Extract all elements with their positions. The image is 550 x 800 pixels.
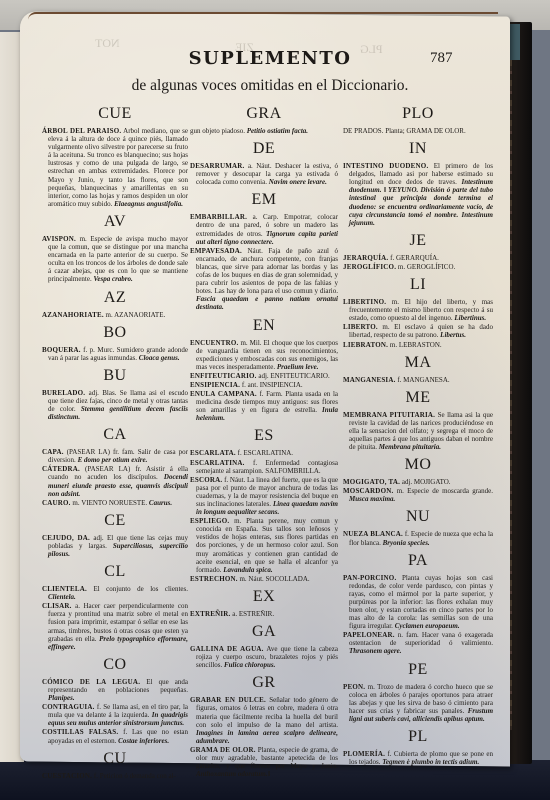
dictionary-entry: MEMBRANA PITUITARIA. Se llama asi la que… [343, 411, 493, 451]
entry-headword: MOGIGATO, TA. [343, 478, 400, 486]
entry-headword: INTESTINO DUODENO. [343, 162, 428, 170]
dictionary-entry: PLOMERÍA. f. Cubierta de plomo que se po… [343, 750, 493, 766]
entry-headword: PEON. [343, 683, 365, 691]
entry-headword: EMBARBILLAR. [190, 213, 247, 221]
entry-headword: JERARQUÍA. [343, 254, 388, 262]
entry-definition: Náut. Faja de paño azul ó encarnado, de … [196, 247, 338, 295]
entry-latin-equivalent: Libertinus. [454, 314, 486, 322]
entry-headword: ESPLIEGO. [190, 517, 229, 525]
dictionary-entry: ESCARLATA. f. ESCARLATINA. [190, 449, 338, 457]
entry-headword: EXTREÑIR. [190, 610, 231, 618]
dictionary-entry: ENSIPIENCIA. f. ant. INSIPIENCIA. [190, 381, 338, 389]
dictionary-entry: CLIENTELA. El conjunto de los clientes. … [42, 585, 188, 601]
dictionary-entry: AZANAHORIATE. m. AZANAORIATE. [42, 311, 188, 319]
column-2: GRA gun objeto piadoso. Petitio ostiatim… [190, 100, 338, 779]
dictionary-entry: JEROGLÍFICO. m. GEROGLÍFICO. [343, 263, 493, 271]
dictionary-entry: EMPAVESADA. Náut. Faja de paño azul ó en… [190, 247, 338, 312]
section-heading: LI [343, 277, 493, 293]
dictionary-entry: CÓMICO DE LA LEGUA. El que anda represen… [42, 678, 188, 702]
entry-latin-equivalent: Costae inferiores. [118, 737, 169, 745]
entry-headword: CAURO. [42, 499, 71, 507]
dictionary-entry: ESCARLATINA. f. Enfermedad contagiosa se… [190, 459, 338, 475]
section-heading: NU [343, 509, 493, 525]
entry-latin-equivalent: Lavandula spica. [223, 566, 272, 574]
entry-headword: CEJUDO, DA. [42, 534, 90, 542]
dictionary-entry: GALLINA DE AGUA. Ave que tiene la cabeza… [190, 645, 338, 669]
section-heading: EX [190, 589, 338, 605]
section-heading: CE [42, 513, 188, 529]
section-heading: ME [343, 390, 493, 406]
entry-headword: LIBERTO. [343, 323, 378, 331]
entry-headword: BURELADO. [42, 389, 85, 397]
section-heading: BU [42, 368, 188, 384]
entry-headword: ENFITEUTICARIO. [190, 372, 257, 380]
section-heading: IN [343, 141, 493, 157]
entry-headword: ESTRECHON. [190, 575, 238, 583]
section-heading: CA [42, 427, 188, 443]
dictionary-entry: GRAMA DE OLOR. Planta, especie de grama,… [190, 746, 338, 778]
dictionary-entry: BOQUERA. f. p. Murc. Sumidero grande ado… [42, 346, 188, 362]
entry-latin-equivalent: Cyclamen europaeum. [395, 622, 460, 630]
dictionary-entry: JERARQUÍA. f. GERARQUÍA. [343, 254, 493, 262]
entry-headword: PAPELONEAR. [343, 631, 395, 639]
dictionary-entry: MANGANESIA. f. MANGANESA. [343, 376, 493, 384]
dictionary-entry: MOGIGATO, TA. adj. MOJIGATO. [343, 478, 493, 486]
dictionary-entry: ENCUENTRO. m. Mil. El choque que los cue… [190, 339, 338, 371]
dictionary-entry: DE PRADOS. Planta; GRAMA DE OLOR. [343, 127, 493, 135]
section-heading: EN [190, 318, 338, 334]
entry-definition: gun objeto piadoso. [190, 127, 245, 135]
bleed-through-text: PLG [360, 42, 383, 57]
entry-latin-equivalent: E domo per otium exire. [78, 456, 148, 464]
section-heading: PLO [343, 106, 493, 122]
dictionary-entry: ESTRECHON. m. Náut. SOCOLLADA. [190, 575, 338, 583]
entry-latin-equivalent: Libertus. [440, 331, 466, 339]
entry-headword: CAPA. [42, 448, 64, 456]
entry-latin-equivalent: Clientela. [48, 593, 76, 601]
entry-latin-equivalent: Navim onere levare. [269, 178, 327, 186]
entry-headword: CÁTEDRA. [42, 465, 80, 473]
entry-latin-equivalent: Membrana pituitaria. [379, 443, 441, 451]
dictionary-entry: DESARRUMAR. a. Náut. Deshacer la estiva,… [190, 162, 338, 186]
section-heading: MA [343, 355, 493, 371]
page-subtitle: de algunas voces omitidas en el Dicciona… [100, 77, 440, 95]
entry-latin-equivalent: Petitio ostiatim facta. [247, 127, 308, 135]
dictionary-entry: ENFITEUTICARIO. adj. ENFITEUTICARIO. [190, 372, 338, 380]
entry-headword: CÓMICO DE LA LEGUA. [42, 678, 140, 686]
section-heading: GR [190, 675, 338, 691]
entry-headword: CLIENTELA. [42, 585, 87, 593]
dictionary-entry: BURELADO. adj. Blas. Se llama asi el esc… [42, 389, 188, 421]
entry-latin-equivalent: Cloaca genus. [139, 354, 180, 362]
section-heading: GA [190, 624, 338, 640]
dictionary-entry: ESPLIEGO. m. Planta perene, muy comun y … [190, 517, 338, 574]
dictionary-entry: INTESTINO DUODENO. El primero de los del… [343, 162, 493, 227]
entry-headword: AZANAHORIATE. [42, 311, 104, 319]
entry-latin-equivalent: Musca maxima. [349, 495, 395, 503]
dictionary-entry: CAURO. m. VIENTO NORUESTE. Caurus. [42, 499, 188, 507]
entry-headword: ESCORA. [190, 476, 222, 484]
section-heading: PA [343, 553, 493, 569]
entry-headword: NUEZA BLANCA. [343, 530, 403, 538]
entry-definition: m. LEBRASTON. [390, 341, 442, 349]
entry-latin-equivalent: Tegmen è plumbo in tectis adium. [382, 758, 479, 766]
column-3: PLO DE PRADOS. Planta; GRAMA DE OLOR. IN… [343, 100, 493, 767]
dictionary-entry: gun objeto piadoso. Petitio ostiatim fac… [190, 127, 338, 135]
entry-headword: MOSCARDON. [343, 487, 393, 495]
dictionary-entry: AVISPON. m. Especie de avispa mucho mayo… [42, 235, 188, 284]
page-curled-edge [28, 12, 498, 20]
entry-headword: ENSIPIENCIA. [190, 381, 240, 389]
entry-definition: adj. MOJIGATO. [402, 478, 451, 486]
dictionary-entry: MOSCARDON. m. Especie de moscarda grande… [343, 487, 493, 503]
entry-headword: COSTILLAS FALSAS. [42, 728, 118, 736]
entry-headword: EMPAVESADA. [190, 247, 242, 255]
entry-headword: ENCUENTRO. [190, 339, 238, 347]
section-heading: AZ [42, 290, 188, 306]
entry-headword: MANGANESIA. [343, 376, 396, 384]
entry-latin-equivalent: Fascia quaedam e panno natiam ornatui de… [196, 295, 338, 311]
entry-headword: JEROGLÍFICO. [343, 263, 396, 271]
dictionary-entry: GRABAR EN DULCE. Señalar todo género de … [190, 696, 338, 745]
dictionary-entry: CÁTEDRA. (PASEAR LA) fr. Asistir á ella … [42, 465, 188, 497]
entry-headword: ESCARLATINA. [190, 459, 245, 467]
dictionary-entry: ESCORA. f. Náut. La linea del fuerte, qu… [190, 476, 338, 516]
dictionary-entry: NUEZA BLANCA. f. Especie de nueza que ec… [343, 530, 493, 546]
bleed-through-text: NOT [95, 36, 120, 51]
entry-headword: DESARRUMAR. [190, 162, 245, 170]
column-1: CUEÁRBOL DEL PARAISO. Arbol mediano, que… [42, 100, 188, 781]
entry-definition: f. MANGANESA. [397, 376, 449, 384]
entry-headword: AVISPON. [42, 235, 76, 243]
entry-definition: f. Peticion ó demanda con al- [94, 772, 176, 780]
entry-definition: m. AZANAORIATE. [106, 311, 166, 319]
section-heading: BO [42, 325, 188, 341]
entry-latin-equivalent: Vespa crabro. [93, 275, 132, 283]
entry-definition: DE PRADOS. Planta; GRAMA DE OLOR. [343, 127, 466, 135]
section-heading: CO [42, 657, 188, 673]
entry-definition: m. Especie de moscarda grande. [397, 487, 493, 495]
entry-definition: El conjunto de los clientes. [93, 585, 188, 593]
entry-headword: LIBERTINO. [343, 298, 386, 306]
dictionary-entry: CEJUDO, DA. adj. El que tiene las cejas … [42, 534, 188, 558]
entry-headword: MEMBRANA PITUITARIA. [343, 411, 435, 419]
dictionary-entry: ENULA CAMPANA. f. Farm. Planta usada en … [190, 390, 338, 422]
entry-definition: m. GEROGLÍFICO. [398, 263, 455, 271]
dictionary-entry: LIBERTO. m. El esclavo á quien se ha dad… [343, 323, 493, 339]
dictionary-entry: PEON. m. Trozo de madera ó corcho hueco … [343, 683, 493, 723]
dictionary-entry: CONTRAGUIA. f. Se llama así, en el tiro … [42, 703, 188, 727]
entry-definition: f. ESCARLATINA. [238, 449, 293, 457]
entry-headword: ENULA CAMPANA. [190, 390, 257, 398]
entry-latin-equivalent: Imagines in lamina aerea scalpro delinea… [196, 729, 338, 745]
entry-definition: f. GERARQUÍA. [390, 254, 439, 262]
entry-definition: f. ant. INSIPIENCIA. [242, 381, 303, 389]
dictionary-entry: PAPELONEAR. n. fam. Hacer vana ó exagera… [343, 631, 493, 655]
entry-definition: m. Náut. SOCOLLADA. [239, 575, 309, 583]
entry-headword: GRAMA DE OLOR. [190, 746, 256, 754]
dictionary-entry: PAN-PORCINO. Planta cuyas hojas son casi… [343, 574, 493, 631]
entry-latin-equivalent: Praelium leve. [277, 363, 319, 371]
entry-headword: CLISAR. [42, 602, 72, 610]
entry-latin-equivalent: Intestinum duodenum. ‖ YEYUNO. División … [349, 178, 493, 226]
dictionary-entry: ÁRBOL DEL PARAISO. Arbol mediano, que se… [42, 127, 188, 208]
entry-definition: adj. ENFITEUTICARIO. [258, 372, 329, 380]
section-heading: CL [42, 564, 188, 580]
section-heading: GRA [190, 106, 338, 122]
entry-headword: BOQUERA. [42, 346, 81, 354]
section-heading: AV [42, 214, 188, 230]
entry-latin-equivalent: Elaeagnus angustifolia. [114, 200, 183, 208]
entry-latin-equivalent: Fulica chloropus. [224, 661, 275, 669]
entry-latin-equivalent: Thrasonem agere. [349, 647, 402, 655]
section-heading: CU [42, 751, 188, 767]
section-heading: PE [343, 662, 493, 678]
entry-definition: m. VIENTO NORUESTE. [72, 499, 147, 507]
entry-headword: PAN-PORCINO. [343, 574, 396, 582]
entry-headword: GRABAR EN DULCE. [190, 696, 266, 704]
section-heading: DE [190, 141, 338, 157]
dictionary-entry: LIBERTINO. m. El hijo del liberto, y mas… [343, 298, 493, 322]
entry-latin-equivalent: Caurus. [149, 499, 172, 507]
dictionary-entry: COSTILLAS FALSAS. f. Las que no estan ap… [42, 728, 188, 744]
entry-headword: PLOMERÍA. [343, 750, 385, 758]
section-heading: EM [190, 192, 338, 208]
section-heading: MO [343, 457, 493, 473]
dictionary-entry: CLISAR. a. Hacer caer perpendicularmente… [42, 602, 188, 651]
page-number: 787 [430, 50, 453, 67]
entry-headword: ÁRBOL DEL PARAISO. [42, 127, 121, 135]
entry-headword: GALLINA DE AGUA. [190, 645, 264, 653]
entry-definition: a. ESTREÑIR. [232, 610, 274, 618]
page-title: SUPLEMENTO [180, 48, 360, 69]
dictionary-entry: LIEBRATON. m. LEBRASTON. [343, 341, 493, 349]
dictionary-entry: EXTREÑIR. a. ESTREÑIR. [190, 610, 338, 618]
entry-definition: Arbol mediano, que se eleva á la altura … [48, 127, 188, 208]
entry-latin-equivalent: Bryonia species. [383, 539, 430, 547]
entry-latin-equivalent: Anthoxantum odoratum.‖ [196, 770, 270, 778]
entry-latin-equivalent: Planipes. [48, 694, 75, 702]
entry-headword: CONTRAGUIA. [42, 703, 95, 711]
dictionary-entry: CAPA. (PASEAR LA) fr. fam. Salir de casa… [42, 448, 188, 464]
entry-headword: CUESTACION. [42, 772, 92, 780]
dictionary-entry: CUESTACION. f. Peticion ó demanda con al… [42, 772, 188, 780]
section-heading: ES [190, 428, 338, 444]
entry-headword: LIEBRATON. [343, 341, 388, 349]
entry-headword: ESCARLATA. [190, 449, 236, 457]
dictionary-entry: EMBARBILLAR. a. Carp. Empotrar, colocar … [190, 213, 338, 245]
section-heading: CUE [42, 106, 188, 122]
section-heading: PL [343, 729, 493, 745]
section-heading: JE [343, 233, 493, 249]
